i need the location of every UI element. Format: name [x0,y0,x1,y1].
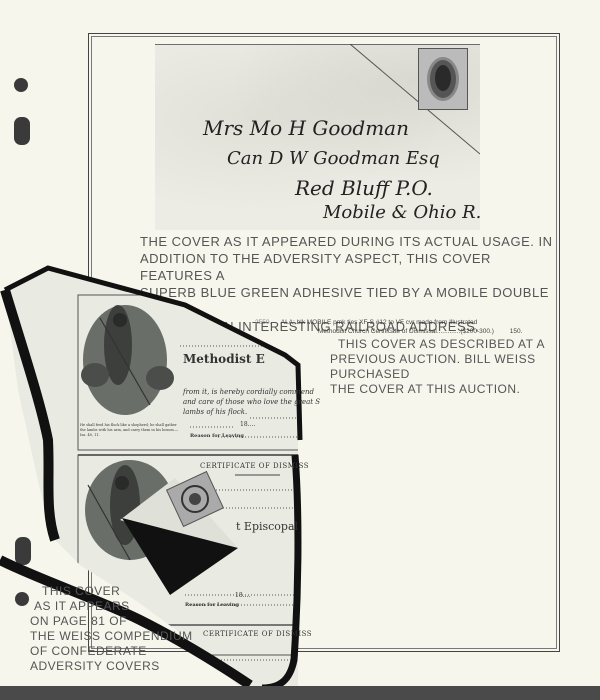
cert-upper-script-1: from it, is hereby cordially commend [183,388,314,396]
cert-upper-heading: Methodist E [183,352,265,366]
cert-upper-reason: Reason for Leaving [190,433,244,439]
cert-lower-date: 18.... [235,592,250,599]
cert-lower-heading: t Episcopal [236,520,298,533]
scanner-edge [0,686,600,700]
cert-lower-title: CERTIFICATE OF DISMISS [200,462,309,470]
cert-bottom-title: CERTIFICATE OF DISMISS [203,630,312,638]
cert-upper-script-3: lambs of his flock. [183,408,247,416]
cert-upper-caption: He shall feed his flock like a shepherd;… [80,423,180,438]
cert-upper-date: 18.... [240,421,255,428]
cert-lower-reason: Reason for Leaving [185,602,239,608]
cert-upper-script-2: and care of those who love the great S [183,398,320,406]
handwritten-note-reference: THIS COVER AS IT APPEARS ON PAGE 81 OF T… [30,584,193,674]
